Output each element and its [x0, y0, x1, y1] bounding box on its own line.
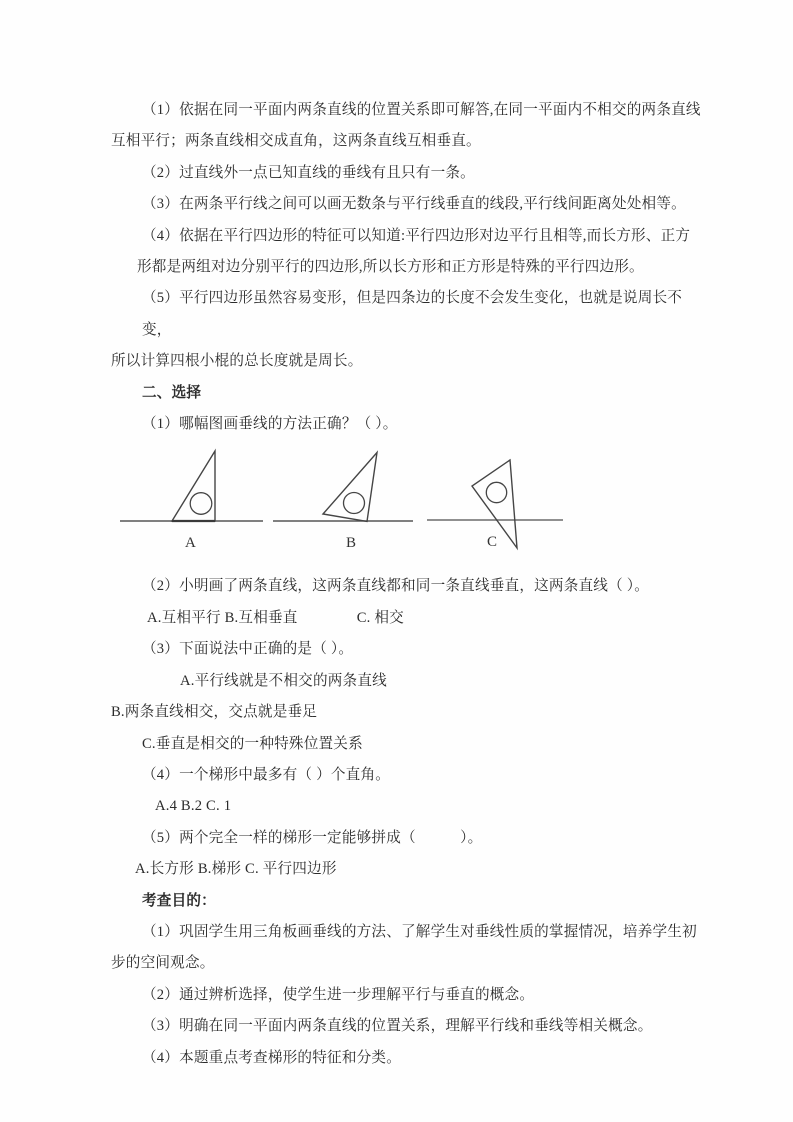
question-3: （3）下面说法中正确的是（ ）。: [111, 634, 703, 665]
figure-b-hole: [344, 493, 365, 514]
worksheet-page: （1）依据在同一平面内两条直线的位置关系即可解答,在同一平面内不相交的两条直线 …: [0, 0, 793, 1122]
figure-b-label: B: [346, 535, 356, 551]
figure-c-hole: [486, 483, 506, 503]
section-heading-choice: 二、选择: [111, 378, 703, 409]
question-1-figure: A B C: [110, 447, 703, 571]
question-4-options: A.4 B.2 C. 1: [111, 791, 703, 822]
answer-2: （2）过直线外一点已知直线的垂线有且只有一条。: [111, 158, 703, 189]
figure-a-hole: [190, 493, 212, 515]
figure-b: B: [273, 453, 413, 552]
question-2: （2）小明画了两条直线，这两条直线都和同一条直线垂直，这两条直线（ ）。: [111, 571, 703, 602]
purpose-3: （3）明确在同一平面内两条直线的位置关系，理解平行线和垂线等相关概念。: [111, 1011, 703, 1042]
question-2-options: A.互相平行 B.互相垂直 C. 相交: [111, 603, 703, 634]
section-heading-purpose: 考查目的：: [111, 886, 703, 917]
question-5: （5）两个完全一样的梯形一定能够拼成（ ）。: [111, 823, 703, 854]
answer-3: （3）在两条平行线之间可以画无数条与平行线垂直的线段,平行线间距离处处相等。: [111, 189, 703, 220]
purpose-2: （2）通过辨析选择，使学生进一步理解平行与垂直的概念。: [111, 980, 703, 1011]
answer-5-line-1: （5）平行四边形虽然容易变形，但是四条边的长度不会发生变化，也就是说周长不变，: [111, 283, 703, 346]
purpose-1-line-1: （1）巩固学生用三角板画垂线的方法、了解学生对垂线性质的掌握情况，培养学生初: [111, 917, 703, 948]
figure-c: C: [427, 460, 563, 550]
figure-a: A: [120, 451, 263, 551]
answer-1-line-2: 互相平行；两条直线相交成直角，这两条直线互相垂直。: [111, 126, 703, 157]
question-1: （1）哪幅图画垂线的方法正确？（ ）。: [111, 409, 703, 440]
question-4: （4）一个梯形中最多有（ ）个直角。: [111, 760, 703, 791]
figure-c-label: C: [487, 534, 497, 550]
answer-4-line-2: 形都是两组对边分别平行的四边形,所以长方形和正方形是特殊的平行四边形。: [111, 252, 703, 283]
purpose-1-line-2: 步的空间观念。: [111, 948, 703, 979]
question-3-option-c: C.垂直是相交的一种特殊位置关系: [111, 729, 703, 760]
figure-b-triangle: [323, 453, 377, 522]
question-3-option-a: A.平行线就是不相交的两条直线: [111, 666, 703, 697]
set-square-figures: A B C: [110, 447, 580, 571]
question-3-option-b: B.两条直线相交，交点就是垂足: [111, 697, 703, 728]
figure-a-label: A: [185, 535, 196, 551]
answer-4-line-1: （4）依据在平行四边形的特征可以知道:平行四边形对边平行且相等,而长方形、正方: [111, 221, 703, 252]
question-5-options: A.长方形 B.梯形 C. 平行四边形: [111, 854, 703, 885]
answer-1-line-1: （1）依据在同一平面内两条直线的位置关系即可解答,在同一平面内不相交的两条直线: [111, 95, 703, 126]
answer-5-line-2: 所以计算四根小棍的总长度就是周长。: [111, 346, 703, 377]
purpose-4: （4）本题重点考查梯形的特征和分类。: [111, 1043, 703, 1074]
